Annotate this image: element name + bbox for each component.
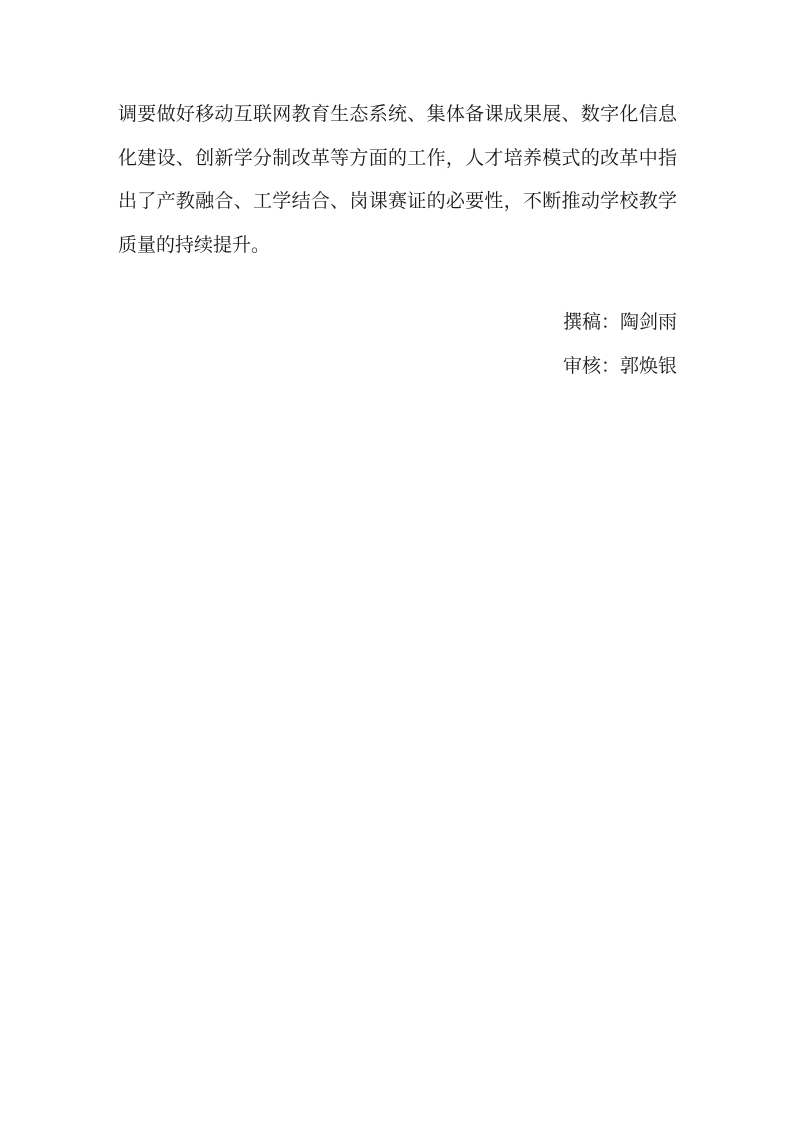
document-page: 调要做好移动互联网教育生态系统、集体备课成果展、数字化信息 化建设、创新学分制改… xyxy=(0,0,793,1122)
signature-reviewer-line: 审核：郭焕银 xyxy=(118,345,677,389)
paragraph-line: 出了产教融合、工学结合、岗课赛证的必要性，不断推动学校教学 xyxy=(118,180,677,224)
paragraph-line: 质量的持续提升。 xyxy=(118,224,677,268)
paragraph-line: 调要做好移动互联网教育生态系统、集体备课成果展、数字化信息 xyxy=(118,93,677,137)
signature-author-line: 撰稿：陶剑雨 xyxy=(118,301,677,345)
paragraph-line: 化建设、创新学分制改革等方面的工作，人才培养模式的改革中指 xyxy=(118,137,677,181)
body-paragraph: 调要做好移动互联网教育生态系统、集体备课成果展、数字化信息 化建设、创新学分制改… xyxy=(118,93,677,267)
signature-block: 撰稿：陶剑雨 审核：郭焕银 xyxy=(118,301,677,388)
